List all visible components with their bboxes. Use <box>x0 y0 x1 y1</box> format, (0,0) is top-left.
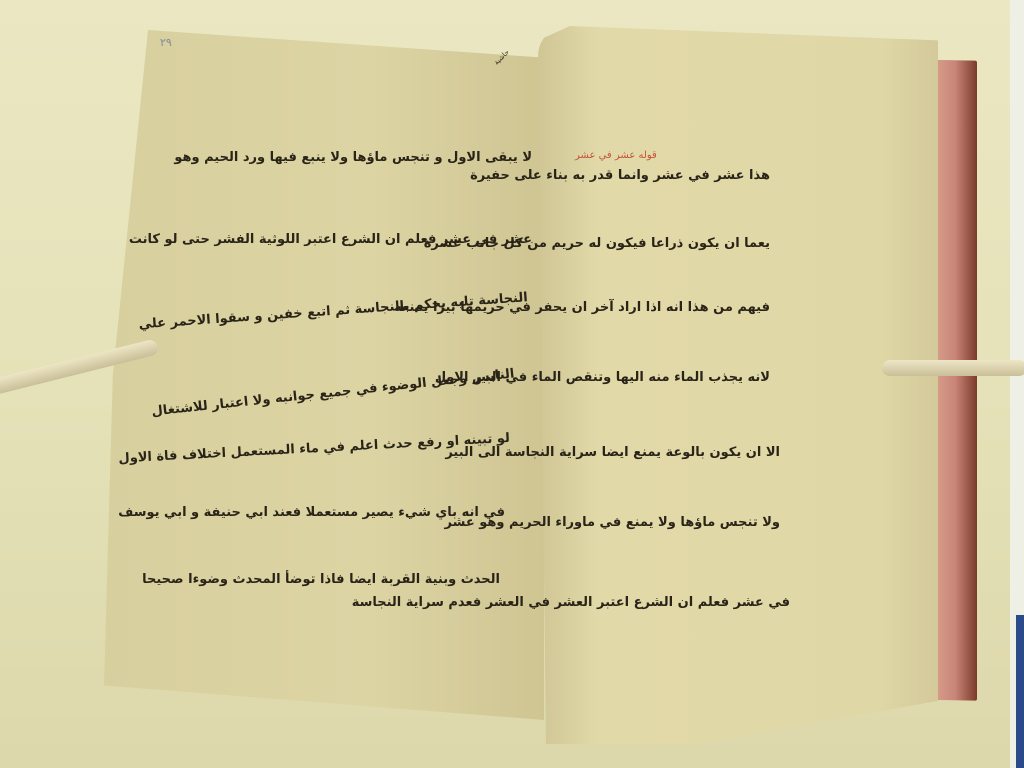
blue-label <box>1016 615 1024 768</box>
right-line-5: الا ان يكون بالوعة يمنع ايضا سراية النجا… <box>540 445 780 460</box>
right-line-3: فيهم من هذا انه اذا اراد آخر ان يحفر في … <box>540 300 770 315</box>
right-holding-rod <box>882 360 1024 376</box>
rubric: قوله عشر في عشر <box>575 150 657 161</box>
right-line-1: هذا عشر في عشر وانما قدر به بناء على حفي… <box>540 168 770 183</box>
left-line-7: الحدث وبنية القربة ايضا فاذا توضأ المحدث… <box>250 572 500 587</box>
left-line-1: لا يبقى الاول و تنجس ماؤها ولا ينبع فيها… <box>262 150 532 165</box>
folio-number: ٢٩ <box>160 36 172 49</box>
right-line-2: يعما ان يكون ذراعا فيكون له حريم من كل ج… <box>540 236 770 251</box>
right-line-6: ولا تنجس ماؤها ولا يمنع في ماوراء الحريم… <box>540 515 780 530</box>
right-line-7: في عشر فعلم ان الشرع اعتبر العشر في العش… <box>540 595 790 610</box>
paper-strip <box>1010 0 1024 768</box>
right-line-4: لانه يجذب الماء منه اليها وتنقص الماء في… <box>540 370 770 385</box>
right-page <box>538 26 938 744</box>
